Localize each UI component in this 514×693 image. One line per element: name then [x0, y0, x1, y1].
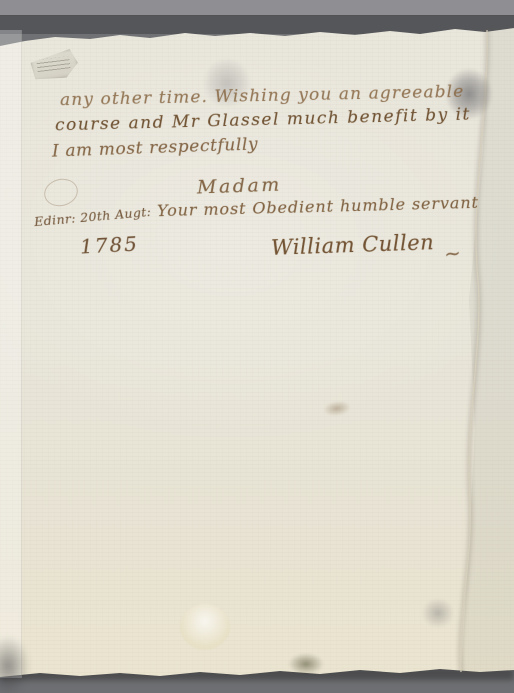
letter-salutation: Madam — [197, 174, 283, 199]
letter-scan: any other time. Wishing you an agreeable… — [0, 0, 514, 693]
letter-year: 1785 — [79, 231, 139, 258]
signature-flourish: ~ — [443, 240, 462, 266]
